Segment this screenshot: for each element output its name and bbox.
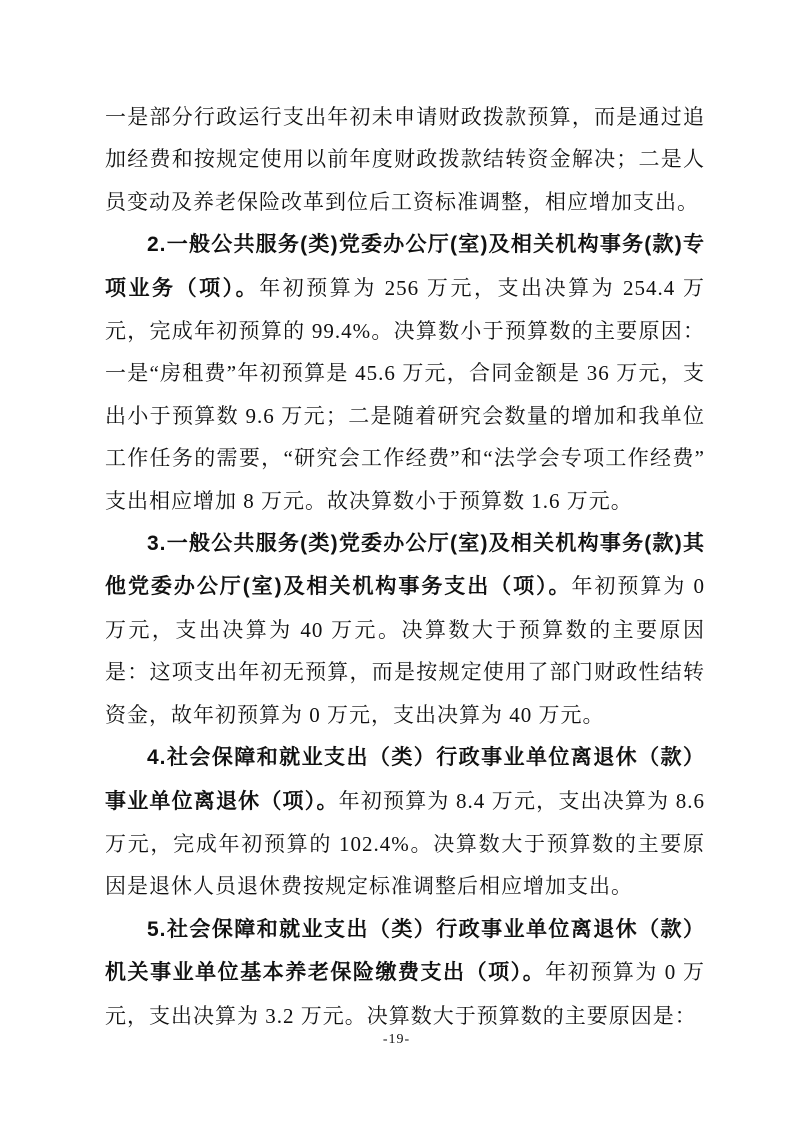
- document-page: 一是部分行政运行支出年初未申请财政拨款预算，而是通过追加经费和按规定使用以前年度…: [0, 0, 793, 1122]
- page-number: -19-: [383, 1032, 410, 1047]
- paragraph: 一是部分行政运行支出年初未申请财政拨款预算，而是通过追加经费和按规定使用以前年度…: [105, 96, 705, 223]
- paragraph: 4.社会保障和就业支出（类）行政事业单位离退休（款）事业单位离退休（项）。年初预…: [105, 736, 705, 908]
- paragraph: 5.社会保障和就业支出（类）行政事业单位离退休（款）机关事业单位基本养老保险缴费…: [105, 908, 705, 1037]
- paragraph: 2.一般公共服务(类)党委办公厅(室)及相关机构事务(款)专项业务（项）。年初预…: [105, 223, 705, 522]
- page-footer: -19-: [0, 1032, 793, 1048]
- paragraph-body: 一是部分行政运行支出年初未申请财政拨款预算，而是通过追加经费和按规定使用以前年度…: [105, 105, 705, 214]
- document-body: 一是部分行政运行支出年初未申请财政拨款预算，而是通过追加经费和按规定使用以前年度…: [105, 96, 705, 1037]
- paragraph: 3.一般公共服务(类)党委办公厅(室)及相关机构事务(款)其他党委办公厅(室)及…: [105, 522, 705, 736]
- paragraph-body: 年初预算为 256 万元，支出决算为 254.4 万元，完成年初预算的 99.4…: [105, 276, 705, 513]
